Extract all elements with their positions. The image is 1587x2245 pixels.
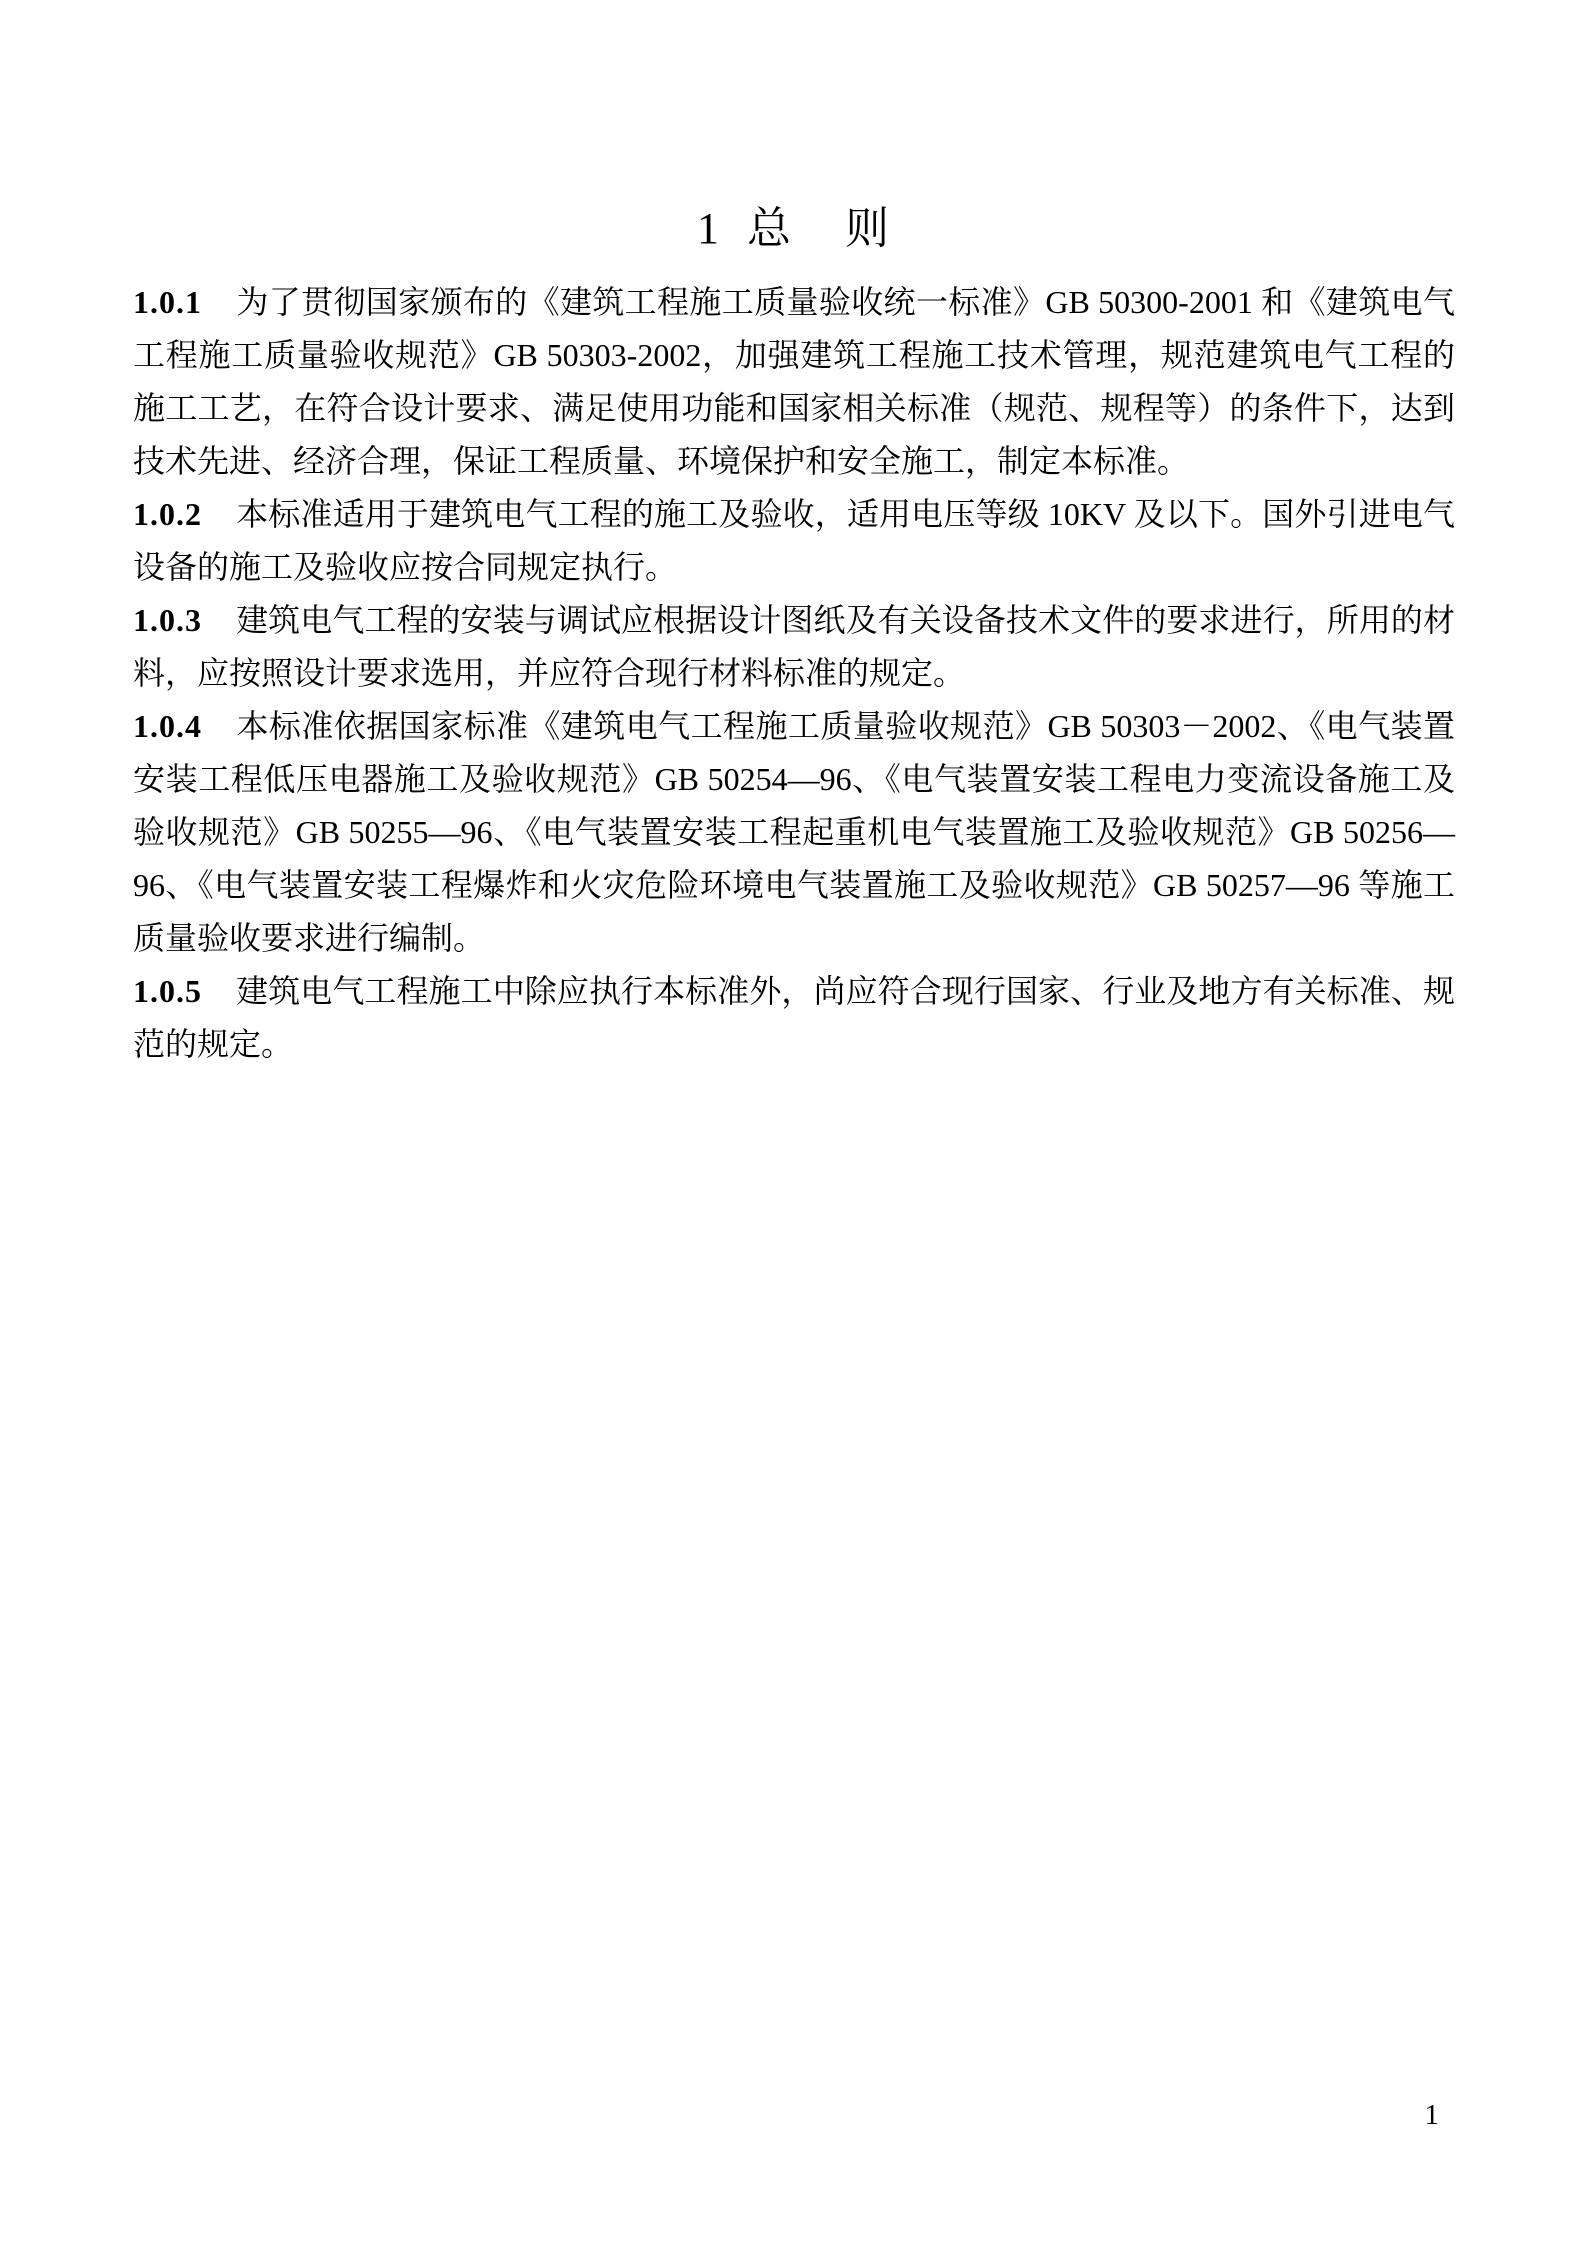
clause-text: 为了贯彻国家颁布的《建筑工程施工质量验收统一标准》GB 50300-2001 和… [133,284,1455,479]
clause-paragraph-1-0-4: 1.0.4本标准依据国家标准《建筑电气工程施工质量验收规范》GB 50303－2… [133,700,1455,965]
document-content: 1 总 则 1.0.1为了贯彻国家颁布的《建筑工程施工质量验收统一标准》GB 5… [133,198,1455,1071]
clause-text: 建筑电气工程的安装与调试应根据设计图纸及有关设备技术文件的要求进行，所用的材料，… [133,602,1455,691]
clause-paragraph-1-0-2: 1.0.2本标准适用于建筑电气工程的施工及验收，适用电压等级 10KV 及以下。… [133,488,1455,594]
chapter-title: 1 总 则 [133,198,1455,260]
clause-number: 1.0.3 [133,602,202,638]
clause-text: 建筑电气工程施工中除应执行本标准外，尚应符合现行国家、行业及地方有关标准、规范的… [133,973,1455,1062]
clause-number: 1.0.1 [133,284,202,320]
page-number: 1 [1425,2098,1440,2132]
clause-number: 1.0.2 [133,496,202,532]
document-page: 1 总 则 1.0.1为了贯彻国家颁布的《建筑工程施工质量验收统一标准》GB 5… [0,0,1587,2245]
clause-text: 本标准依据国家标准《建筑电气工程施工质量验收规范》GB 50303－2002、《… [133,708,1455,956]
clause-number: 1.0.5 [133,973,202,1009]
clause-paragraph-1-0-1: 1.0.1为了贯彻国家颁布的《建筑工程施工质量验收统一标准》GB 50300-2… [133,276,1455,488]
clause-number: 1.0.4 [133,708,202,744]
clause-paragraph-1-0-5: 1.0.5建筑电气工程施工中除应执行本标准外，尚应符合现行国家、行业及地方有关标… [133,965,1455,1071]
clause-text: 本标准适用于建筑电气工程的施工及验收，适用电压等级 10KV 及以下。国外引进电… [133,496,1455,585]
clause-paragraph-1-0-3: 1.0.3建筑电气工程的安装与调试应根据设计图纸及有关设备技术文件的要求进行，所… [133,594,1455,700]
